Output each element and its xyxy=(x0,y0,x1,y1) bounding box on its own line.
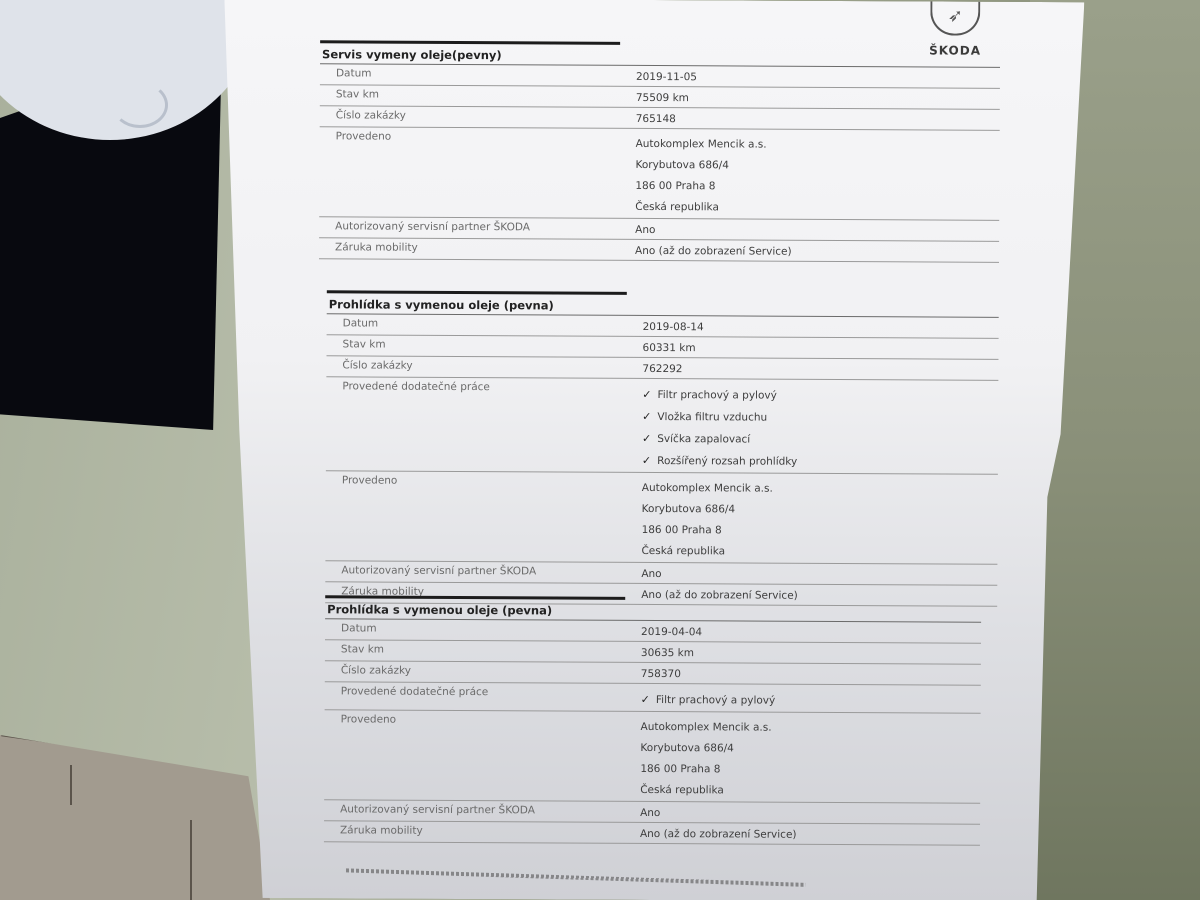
background-tile-floor xyxy=(0,735,270,900)
checkmark-icon: ✓ xyxy=(642,454,651,467)
record-value: Autokomplex Mencik a.s.Korybutova 686/41… xyxy=(635,129,999,220)
record-label: Autorizovaný servisní partner ŠKODA xyxy=(325,561,641,583)
record-value: Ano xyxy=(635,219,999,241)
address-line: Česká republika xyxy=(635,197,999,220)
completed-work-item: ✓Vložka filtru vzduchu xyxy=(642,406,998,430)
record-label: Provedeno xyxy=(319,127,635,218)
record-value: ✓Filtr prachový a pylový✓Vložka filtru v… xyxy=(642,379,998,474)
footer-fine-print xyxy=(346,868,806,886)
record-row: ProvedenoAutokomplex Mencik a.s.Korybuto… xyxy=(325,471,997,565)
record-row: ProvedenoAutokomplex Mencik a.s.Korybuto… xyxy=(319,127,999,221)
checkmark-icon: ✓ xyxy=(642,410,651,423)
address-line: Česká republika xyxy=(640,780,980,803)
record-row: Provedené dodatečné práce✓Filtr prachový… xyxy=(326,377,998,475)
record-row: Záruka mobilityAno (až do zobrazení Serv… xyxy=(319,238,999,263)
record-value: Autokomplex Mencik a.s.Korybutova 686/41… xyxy=(640,712,980,803)
record-label: Provedeno xyxy=(325,471,641,562)
address-line: Autokomplex Mencik a.s. xyxy=(642,478,998,501)
service-section: Prohlídka s vymenou oleje (pevna)Datum20… xyxy=(325,290,999,607)
work-item-label: Vložka filtru vzduchu xyxy=(657,411,767,424)
completed-work-item: ✓Filtr prachový a pylový xyxy=(642,384,998,408)
record-value: ✓Filtr prachový a pylový xyxy=(641,684,981,713)
record-value: 2019-04-04 xyxy=(641,621,981,643)
address-line: Korybutova 686/4 xyxy=(642,499,998,522)
record-label: Číslo zakázky xyxy=(326,356,642,378)
completed-work-item: ✓Filtr prachový a pylový xyxy=(641,689,981,713)
address-line: Korybutova 686/4 xyxy=(635,155,999,178)
record-value: 765148 xyxy=(636,108,1000,130)
record-value: 30635 km xyxy=(641,642,981,664)
service-section: Servis vymeny oleje(pevny)Datum2019-11-0… xyxy=(319,40,1000,263)
record-value: Autokomplex Mencik a.s.Korybutova 686/41… xyxy=(641,473,997,564)
record-value: 2019-11-05 xyxy=(636,66,1000,88)
record-row: Záruka mobilityAno (až do zobrazení Serv… xyxy=(324,821,980,845)
checkmark-icon: ✓ xyxy=(642,388,651,401)
work-item-label: Rozšířený rozsah prohlídky xyxy=(657,455,797,468)
record-label: Číslo zakázky xyxy=(325,661,641,683)
work-item-label: Filtr prachový a pylový xyxy=(656,694,775,707)
record-label: Záruka mobility xyxy=(319,238,635,260)
service-section: Prohlídka s vymenou oleje (pevna)Datum20… xyxy=(324,595,981,845)
checkmark-icon: ✓ xyxy=(642,432,651,445)
work-item-label: Filtr prachový a pylový xyxy=(657,389,776,402)
address-line: Autokomplex Mencik a.s. xyxy=(636,134,1000,157)
record-label: Autorizovaný servisní partner ŠKODA xyxy=(324,800,640,822)
record-value: 60331 km xyxy=(642,337,998,359)
record-label: Autorizovaný servisní partner ŠKODA xyxy=(319,217,635,239)
skoda-winged-arrow-icon: ➶ xyxy=(930,0,980,36)
record-label: Provedeno xyxy=(324,710,640,801)
record-label: Provedené dodatečné práce xyxy=(325,682,641,711)
address-line: Česká republika xyxy=(641,541,997,564)
record-value: 762292 xyxy=(642,358,998,380)
record-label: Stav km xyxy=(325,640,641,662)
record-label: Stav km xyxy=(326,335,642,357)
record-label: Provedené dodatečné práce xyxy=(326,377,642,472)
record-value: Ano (až do zobrazení Service) xyxy=(640,823,980,845)
record-value: 75509 km xyxy=(636,87,1000,109)
record-value: Ano xyxy=(640,802,980,824)
address-line: Autokomplex Mencik a.s. xyxy=(640,717,980,740)
record-label: Datum xyxy=(325,619,641,641)
record-value: Ano (až do zobrazení Service) xyxy=(635,240,999,262)
completed-work-item: ✓Rozšířený rozsah prohlídky xyxy=(642,450,998,474)
record-value: 2019-08-14 xyxy=(643,316,999,338)
record-label: Záruka mobility xyxy=(324,821,640,843)
record-label: Datum xyxy=(320,64,636,86)
record-label: Číslo zakázky xyxy=(320,106,636,128)
completed-work-item: ✓Svíčka zapalovací xyxy=(642,428,998,452)
background-metal-ring xyxy=(112,82,168,128)
record-value: Ano xyxy=(641,563,997,585)
address-line: 186 00 Praha 8 xyxy=(642,520,998,543)
record-label: Stav km xyxy=(320,85,636,107)
record-row: ProvedenoAutokomplex Mencik a.s.Korybuto… xyxy=(324,710,980,803)
record-value: 758370 xyxy=(641,663,981,685)
address-line: Korybutova 686/4 xyxy=(640,738,980,761)
address-line: 186 00 Praha 8 xyxy=(635,176,999,199)
record-row: Provedené dodatečné práce✓Filtr prachový… xyxy=(325,682,981,713)
record-label: Datum xyxy=(327,314,643,336)
checkmark-icon: ✓ xyxy=(641,693,650,706)
work-item-label: Svíčka zapalovací xyxy=(657,433,750,445)
address-line: 186 00 Praha 8 xyxy=(640,759,980,782)
service-record-paper: ➶ ŠKODA Servis vymeny oleje(pevny)Datum2… xyxy=(220,0,1085,900)
